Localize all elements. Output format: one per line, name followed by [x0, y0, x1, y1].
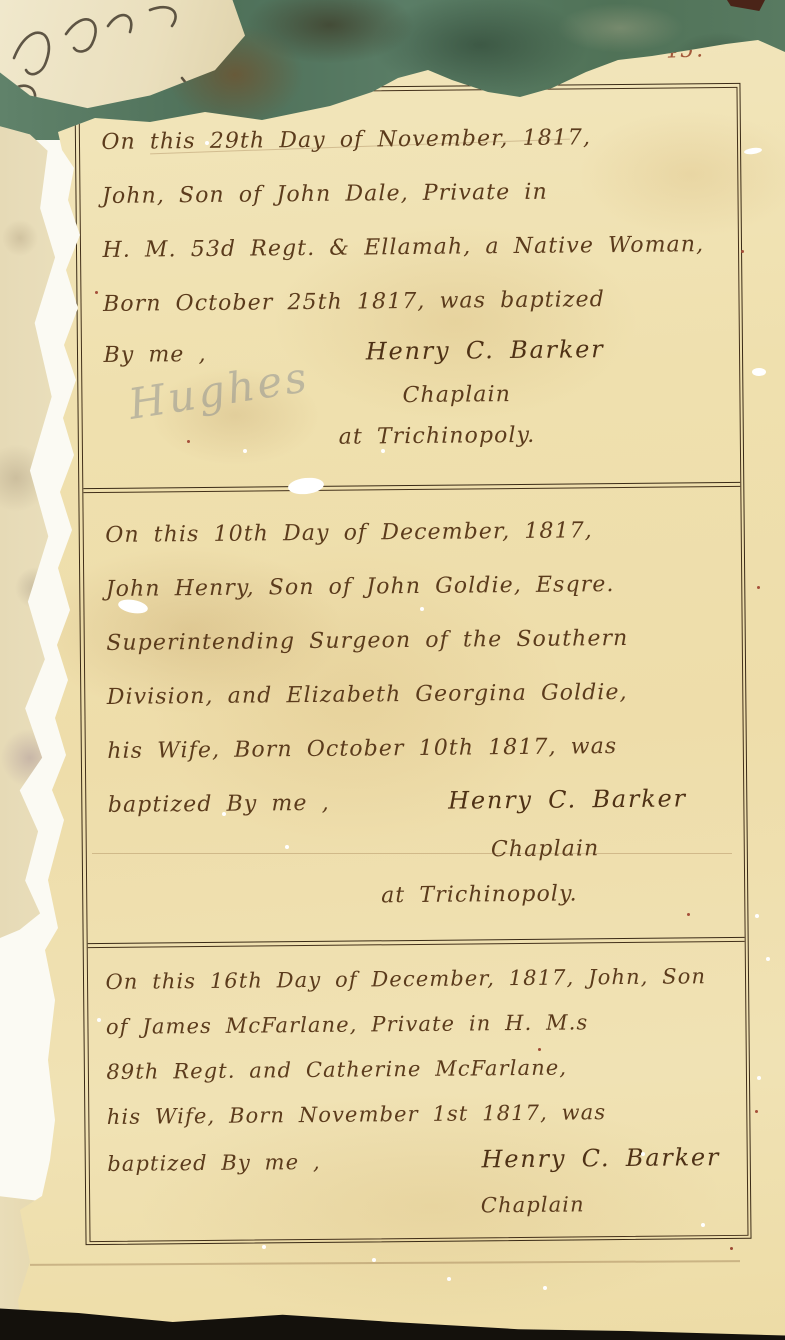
baptism-entry-3: On this 16th Day of December, 1817, John…	[87, 941, 747, 1240]
byline: By me ,	[103, 332, 207, 377]
foxing-specks	[741, 250, 744, 253]
paper-hole-specks	[752, 368, 766, 376]
entry-line: his Wife, Born November 1st 1817, was	[107, 1088, 732, 1139]
signature: Henry C. Barker	[448, 773, 687, 825]
byline: baptized By me ,	[107, 1138, 321, 1186]
scanned-register-page: 45. Hughes On this 29th Day of November,…	[0, 0, 785, 1340]
manuscript-page: 45. Hughes On this 29th Day of November,…	[0, 0, 785, 1340]
baptism-entry-2: On this 10th Day of December, 1817, John…	[83, 486, 744, 942]
entry-line: Superintending Surgeon of the Southern	[106, 611, 725, 671]
byline: baptized By me ,	[108, 778, 330, 830]
entry-line: On this 16th Day of December, 1817, John…	[105, 953, 730, 1004]
baptism-entry-1: On this 29th Day of November, 1817, John…	[79, 87, 740, 487]
signature: Henry C. Barker	[366, 327, 605, 373]
signer-place: at Trichinopoly.	[104, 414, 723, 460]
signer-place: at Trichinopoly.	[109, 870, 728, 920]
entry-line: H. M. 53d Regt. & Ellamah, a Native Woma…	[102, 218, 721, 278]
paper-hole-specks	[205, 141, 209, 145]
entry-line: John Henry, Son of John Goldie, Esqre.	[106, 557, 725, 617]
entry-line: John, Son of John Dale, Private in	[102, 164, 721, 224]
entry-line: of James McFarlane, Private in H. M.s	[106, 998, 731, 1049]
entry-line: Born October 25th 1817, was baptized	[103, 272, 722, 332]
entry-line: his Wife, Born October 10th 1817, was	[107, 718, 726, 778]
entry-line: 89th Regt. and Catherine McFarlane,	[106, 1043, 731, 1094]
signature: Henry C. Barker	[481, 1134, 720, 1182]
paper-hole-specks	[744, 147, 763, 155]
signer-title: Chaplain	[108, 824, 727, 876]
ghost-ruling-line	[30, 1260, 740, 1266]
torn-paper-remnant	[0, 118, 68, 938]
entry-line: Division, and Elizabeth Georgina Goldie,	[107, 665, 726, 725]
register-frame: On this 29th Day of November, 1817, John…	[74, 83, 751, 1245]
signer-title: Chaplain	[108, 1180, 733, 1230]
entry-line: On this 29th Day of November, 1817,	[101, 110, 720, 170]
signer-title: Chaplain	[104, 372, 723, 420]
entry-line: On this 10th Day of December, 1817,	[105, 503, 724, 563]
register-frame-inner: On this 29th Day of November, 1817, John…	[78, 86, 748, 1241]
